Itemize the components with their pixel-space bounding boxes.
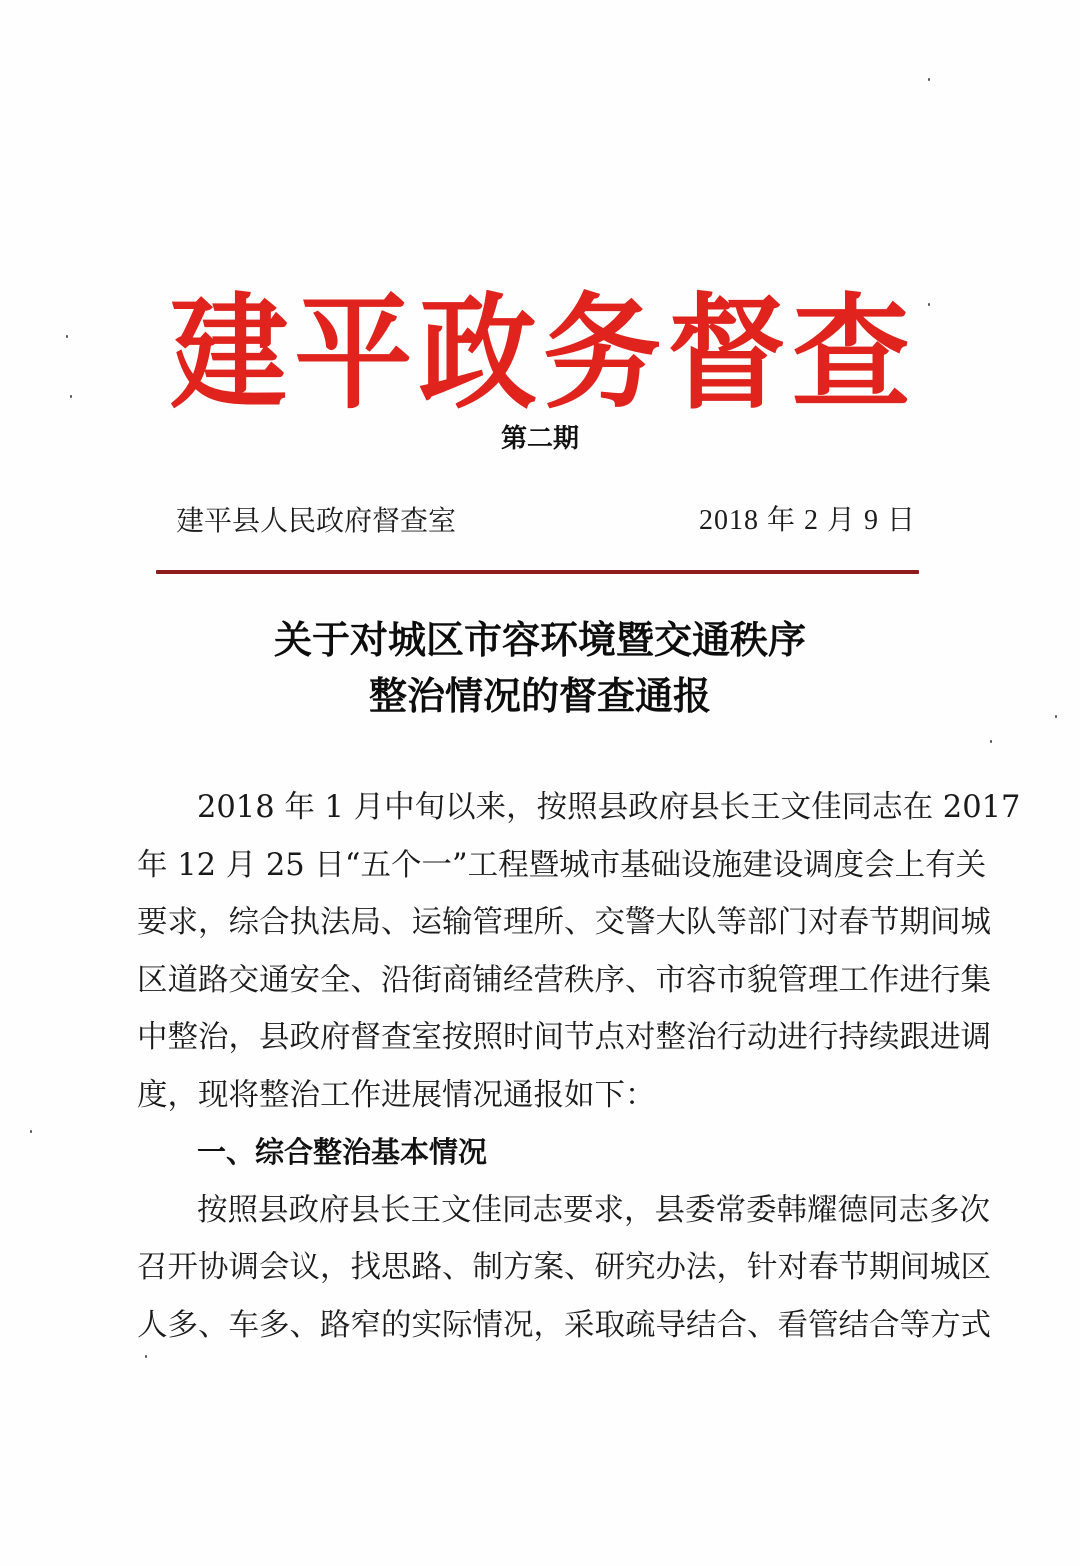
red-divider bbox=[156, 570, 919, 574]
issue-date: 2018 年 2 月 9 日 bbox=[699, 503, 916, 539]
scan-speck bbox=[66, 335, 68, 338]
masthead-char: 查 bbox=[792, 285, 910, 422]
paragraph-line: 中整治，县政府督查室按照时间节点对整治行动进行持续跟进调 bbox=[137, 1009, 952, 1067]
paragraph-line: 2018 年 1 月中旬以来，按照县政府县长王文佳同志在 2017 bbox=[137, 779, 952, 837]
issuer-date-row: 建平县人民政府督查室 2018 年 2 月 9 日 bbox=[176, 503, 916, 539]
paragraph-line: 区道路交通安全、沿街商铺经营秩序、市容市貌管理工作进行集 bbox=[137, 952, 952, 1010]
section-heading: 一、综合整治基本情况 bbox=[137, 1124, 952, 1182]
masthead-char: 务 bbox=[543, 285, 661, 422]
document-title: 关于对城区市容环境暨交通秩序 整治情况的督查通报 bbox=[0, 612, 1080, 724]
scan-speck bbox=[990, 740, 992, 743]
masthead-char: 督 bbox=[668, 285, 786, 422]
scan-speck bbox=[145, 1355, 147, 1358]
masthead-char: 建 bbox=[170, 285, 288, 422]
document-page: 建 平 政 务 督 查 第二期 建平县人民政府督查室 2018 年 2 月 9 … bbox=[0, 0, 1080, 1566]
paragraph-line: 人多、车多、路窄的实际情况，采取疏导结合、看管结合等方式 bbox=[137, 1297, 952, 1355]
title-line-2: 整治情况的督查通报 bbox=[0, 668, 1080, 724]
paragraph-line: 年 12 月 25 日“五个一”工程暨城市基础设施建设调度会上有关 bbox=[137, 837, 952, 895]
paragraph-line: 度，现将整治工作进展情况通报如下： bbox=[137, 1067, 952, 1125]
masthead-title: 建 平 政 务 督 查 bbox=[170, 288, 910, 418]
issuer-name: 建平县人民政府督查室 bbox=[176, 503, 456, 539]
masthead-char: 平 bbox=[294, 285, 412, 422]
scan-speck bbox=[1055, 715, 1057, 718]
paragraph-line: 按照县政府县长王文佳同志要求，县委常委韩耀德同志多次 bbox=[137, 1182, 952, 1240]
document-body: 2018 年 1 月中旬以来，按照县政府县长王文佳同志在 2017 年 12 月… bbox=[137, 779, 952, 1354]
paragraph-line: 召开协调会议，找思路、制方案、研究办法，针对春节期间城区 bbox=[137, 1239, 952, 1297]
scan-speck bbox=[70, 395, 72, 398]
masthead-char: 政 bbox=[419, 285, 537, 422]
title-line-1: 关于对城区市容环境暨交通秩序 bbox=[0, 612, 1080, 668]
issue-number: 第二期 bbox=[0, 418, 1080, 455]
scan-speck bbox=[928, 303, 930, 306]
scan-speck bbox=[928, 78, 930, 81]
paragraph-line: 要求，综合执法局、运输管理所、交警大队等部门对春节期间城 bbox=[137, 894, 952, 952]
scan-speck bbox=[30, 1130, 32, 1133]
